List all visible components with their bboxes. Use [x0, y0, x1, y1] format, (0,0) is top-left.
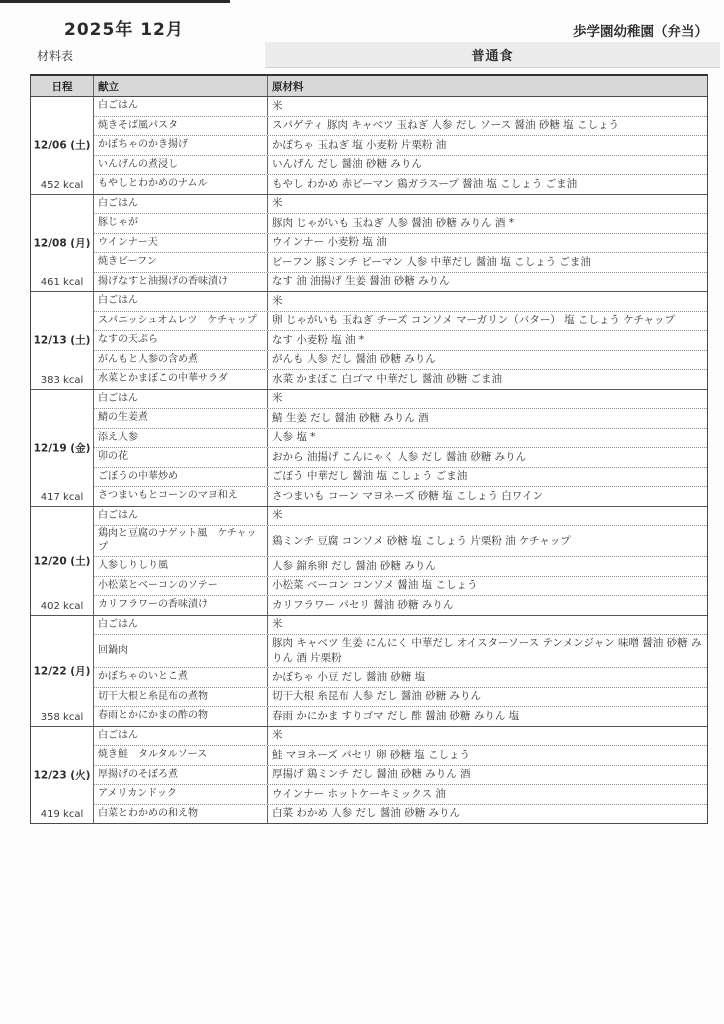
menu-row: かぼちゃのいとこ煮かぼちゃ 小豆 だし 醤油 砂糖 塩	[94, 668, 707, 688]
col-header-menu: 献立	[94, 76, 268, 96]
dish-cell: いんげんの煮浸し	[94, 156, 268, 175]
menu-row: かぼちゃのかき揚げかぼちゃ 玉ねぎ 塩 小麦粉 片栗粉 油	[94, 136, 707, 156]
date-label: 12/13 (土)	[31, 333, 93, 348]
date-block: 12/06 (土)452 kcal白ごはん米焼きそば風パスタスパゲティ 豚肉 キ…	[31, 97, 707, 195]
menu-row: いんげんの煮浸しいんげん だし 醤油 砂糖 みりん	[94, 156, 707, 176]
date-label: 12/08 (月)	[31, 235, 93, 250]
ingredients-cell: 米	[268, 195, 707, 214]
date-cell: 12/20 (土)402 kcal	[31, 507, 94, 615]
dish-cell: 卯の花	[94, 448, 268, 467]
date-cell: 12/13 (土)383 kcal	[31, 292, 94, 389]
ingredients-cell: 人参 錦糸卵 だし 醤油 砂糖 みりん	[268, 557, 707, 576]
menu-row: 春雨とかにかまの酢の物春雨 かにかま すりゴマ だし 酢 醤油 砂糖 みりん 塩	[94, 707, 707, 726]
document-page: { "page": { "year_month": "2025年 12月", "…	[0, 0, 724, 1024]
date-cell: 12/06 (土)452 kcal	[31, 97, 94, 194]
dish-cell: 焼き鮭 タルタルソース	[94, 746, 268, 765]
dish-cell: 厚揚げのそぼろ煮	[94, 766, 268, 785]
dish-cell: 白菜とわかめの和え物	[94, 805, 268, 824]
menu-row: 小松菜とベーコンのソテー小松菜 ベーコン コンソメ 醤油 塩 こしょう	[94, 577, 707, 597]
dish-cell: 水菜とかまぼこの中華サラダ	[94, 370, 268, 389]
date-block: 12/22 (月)358 kcal白ごはん米回鍋肉豚肉 キャベツ 生姜 にんにく…	[31, 616, 707, 727]
ingredients-cell: 白菜 わかめ 人参 だし 醤油 砂糖 みりん	[268, 805, 707, 824]
ingredients-cell: 豚肉 じゃがいも 玉ねぎ 人参 醤油 砂糖 みりん 酒 *	[268, 214, 707, 233]
meal-type-banner: 普通食	[265, 42, 720, 68]
menu-row: 水菜とかまぼこの中華サラダ水菜 かまぼこ 白ゴマ 中華だし 醤油 砂糖 ごま油	[94, 370, 707, 389]
menu-row: 回鍋肉豚肉 キャベツ 生姜 にんにく 中華だし オイスターソース テンメンジャン…	[94, 635, 707, 668]
menu-row: 厚揚げのそぼろ煮厚揚げ 鶏ミンチ だし 醤油 砂糖 みりん 酒	[94, 766, 707, 786]
date-label: 12/22 (月)	[31, 663, 93, 678]
dish-cell: 焼きビーフン	[94, 253, 268, 272]
menu-row: 白ごはん米	[94, 390, 707, 410]
menu-rows: 白ごはん米焼きそば風パスタスパゲティ 豚肉 キャベツ 玉ねぎ 人参 だし ソース…	[94, 97, 707, 194]
dish-cell: なすの天ぷら	[94, 331, 268, 350]
date-block: 12/23 (火)419 kcal白ごはん米焼き鮭 タルタルソース鮭 マヨネーズ…	[31, 727, 707, 824]
menu-row: カリフラワーの香味漬けカリフラワー パセリ 醤油 砂糖 みりん	[94, 596, 707, 615]
kcal-label: 383 kcal	[31, 375, 93, 386]
report-month: 2025年 12月	[64, 15, 184, 40]
date-block: 12/19 (金)417 kcal白ごはん米鯖の生姜煮鯖 生姜 だし 醤油 砂糖…	[31, 390, 707, 507]
dish-cell: 豚じゃが	[94, 214, 268, 233]
menu-row: 焼きそば風パスタスパゲティ 豚肉 キャベツ 玉ねぎ 人参 だし ソース 醤油 砂…	[94, 117, 707, 137]
menu-row: さつまいもとコーンのマヨ和えさつまいも コーン マヨネーズ 砂糖 塩 こしょう …	[94, 487, 707, 506]
menu-row: 切干大根と糸昆布の煮物切干大根 糸昆布 人参 だし 醤油 砂糖 みりん	[94, 688, 707, 708]
dish-cell: 白ごはん	[94, 97, 268, 116]
kcal-label: 419 kcal	[31, 809, 93, 820]
menu-row: がんもと人参の含め煮がんも 人参 だし 醤油 砂糖 みりん	[94, 351, 707, 371]
dish-cell: 小松菜とベーコンのソテー	[94, 577, 268, 596]
ingredients-cell: 水菜 かまぼこ 白ゴマ 中華だし 醤油 砂糖 ごま油	[268, 370, 707, 389]
dish-cell: かぼちゃのかき揚げ	[94, 136, 268, 155]
dish-cell: 白ごはん	[94, 390, 268, 409]
menu-row: ウインナー天ウインナー 小麦粉 塩 油	[94, 234, 707, 254]
menu-rows: 白ごはん米鶏肉と豆腐のナゲット風 ケチャップ鶏ミンチ 豆腐 コンソメ 砂糖 塩 …	[94, 507, 707, 615]
school-name: 歩学園幼稚園（弁当）	[573, 20, 708, 40]
ingredients-cell: かぼちゃ 玉ねぎ 塩 小麦粉 片栗粉 油	[268, 136, 707, 155]
menu-row: 人参しりしり風人参 錦糸卵 だし 醤油 砂糖 みりん	[94, 557, 707, 577]
dish-cell: かぼちゃのいとこ煮	[94, 668, 268, 687]
dish-cell: 白ごはん	[94, 616, 268, 635]
ingredients-cell: おから 油揚げ こんにゃく 人参 だし 醤油 砂糖 みりん	[268, 448, 707, 467]
ingredients-cell: かぼちゃ 小豆 だし 醤油 砂糖 塩	[268, 668, 707, 687]
kcal-label: 358 kcal	[31, 712, 93, 723]
menu-rows: 白ごはん米豚じゃが豚肉 じゃがいも 玉ねぎ 人参 醤油 砂糖 みりん 酒 *ウイ…	[94, 195, 707, 292]
menu-row: ごぼうの中華炒めごぼう 中華だし 醤油 塩 こしょう ごま油	[94, 468, 707, 488]
dish-cell: 鶏肉と豆腐のナゲット風 ケチャップ	[94, 526, 268, 556]
ingredients-cell: 米	[268, 616, 707, 635]
ingredients-cell: 厚揚げ 鶏ミンチ だし 醤油 砂糖 みりん 酒	[268, 766, 707, 785]
ingredients-cell: スパゲティ 豚肉 キャベツ 玉ねぎ 人参 だし ソース 醤油 砂糖 塩 こしょう	[268, 117, 707, 136]
menu-rows: 白ごはん米スパニッシュオムレツ ケチャップ卵 じゃがいも 玉ねぎ チーズ コンソ…	[94, 292, 707, 389]
menu-row: もやしとわかめのナムルもやし わかめ 赤ピーマン 鶏ガラスープ 醤油 塩 こしょ…	[94, 175, 707, 194]
ingredients-cell: さつまいも コーン マヨネーズ 砂糖 塩 こしょう 白ワイン	[268, 487, 707, 506]
ingredients-cell: なす 油 油揚げ 生姜 醤油 砂糖 みりん	[268, 273, 707, 292]
date-cell: 12/08 (月)461 kcal	[31, 195, 94, 292]
ingredients-cell: もやし わかめ 赤ピーマン 鶏ガラスープ 醤油 塩 こしょう ごま油	[268, 175, 707, 194]
menu-row: なすの天ぷらなす 小麦粉 塩 油 *	[94, 331, 707, 351]
ingredients-cell: カリフラワー パセリ 醤油 砂糖 みりん	[268, 596, 707, 615]
scan-artifact-top	[0, 0, 230, 3]
date-block: 12/13 (土)383 kcal白ごはん米スパニッシュオムレツ ケチャップ卵 …	[31, 292, 707, 390]
table-body: 12/06 (土)452 kcal白ごはん米焼きそば風パスタスパゲティ 豚肉 キ…	[31, 97, 707, 823]
date-label: 12/23 (火)	[31, 767, 93, 782]
ingredients-cell: ビーフン 豚ミンチ ピーマン 人参 中華だし 醤油 塩 こしょう ごま油	[268, 253, 707, 272]
menu-row: 焼きビーフンビーフン 豚ミンチ ピーマン 人参 中華だし 醤油 塩 こしょう ご…	[94, 253, 707, 273]
dish-cell: ウインナー天	[94, 234, 268, 253]
menu-row: 白ごはん米	[94, 727, 707, 747]
col-header-date: 日程	[31, 76, 94, 96]
ingredients-cell: 鯖 生姜 だし 醤油 砂糖 みりん 酒	[268, 409, 707, 428]
col-header-ingredients: 原材料	[268, 76, 707, 96]
dish-cell: 添え人参	[94, 429, 268, 448]
ingredients-cell: 卵 じゃがいも 玉ねぎ チーズ コンソメ マーガリン（バター） 塩 こしょう ケ…	[268, 312, 707, 331]
dish-cell: 切干大根と糸昆布の煮物	[94, 688, 268, 707]
kcal-label: 461 kcal	[31, 277, 93, 288]
date-label: 12/19 (金)	[31, 440, 93, 455]
dish-cell: 鯖の生姜煮	[94, 409, 268, 428]
date-cell: 12/23 (火)419 kcal	[31, 727, 94, 824]
ingredients-cell: 人参 塩 *	[268, 429, 707, 448]
menu-rows: 白ごはん米焼き鮭 タルタルソース鮭 マヨネーズ パセリ 卵 砂糖 塩 こしょう厚…	[94, 727, 707, 824]
menu-rows: 白ごはん米鯖の生姜煮鯖 生姜 だし 醤油 砂糖 みりん 酒添え人参人参 塩 *卯…	[94, 390, 707, 506]
dish-cell: 春雨とかにかまの酢の物	[94, 707, 268, 726]
ingredients-cell: ごぼう 中華だし 醤油 塩 こしょう ごま油	[268, 468, 707, 487]
menu-row: 白ごはん米	[94, 292, 707, 312]
kcal-label: 417 kcal	[31, 492, 93, 503]
dish-cell: 白ごはん	[94, 195, 268, 214]
table-header: 日程 献立 原材料	[31, 76, 707, 97]
dish-cell: アメリカンドック	[94, 785, 268, 804]
ingredients-cell: 切干大根 糸昆布 人参 だし 醤油 砂糖 みりん	[268, 688, 707, 707]
ingredients-cell: ウインナー ホットケーキミックス 油	[268, 785, 707, 804]
menu-row: 豚じゃが豚肉 じゃがいも 玉ねぎ 人参 醤油 砂糖 みりん 酒 *	[94, 214, 707, 234]
ingredients-cell: 小松菜 ベーコン コンソメ 醤油 塩 こしょう	[268, 577, 707, 596]
dish-cell: さつまいもとコーンのマヨ和え	[94, 487, 268, 506]
menu-rows: 白ごはん米回鍋肉豚肉 キャベツ 生姜 にんにく 中華だし オイスターソース テン…	[94, 616, 707, 726]
date-cell: 12/19 (金)417 kcal	[31, 390, 94, 506]
dish-cell: 揚げなすと油揚げの香味漬け	[94, 273, 268, 292]
dish-cell: 白ごはん	[94, 727, 268, 746]
ingredients-cell: 米	[268, 97, 707, 116]
menu-row: 白ごはん米	[94, 97, 707, 117]
dish-cell: カリフラワーの香味漬け	[94, 596, 268, 615]
ingredients-table: 日程 献立 原材料 12/06 (土)452 kcal白ごはん米焼きそば風パスタ…	[30, 74, 708, 824]
kcal-label: 402 kcal	[31, 601, 93, 612]
dish-cell: スパニッシュオムレツ ケチャップ	[94, 312, 268, 331]
menu-row: 白ごはん米	[94, 616, 707, 636]
menu-row: 白ごはん米	[94, 195, 707, 215]
menu-row: 鶏肉と豆腐のナゲット風 ケチャップ鶏ミンチ 豆腐 コンソメ 砂糖 塩 こしょう …	[94, 526, 707, 557]
dish-cell: 回鍋肉	[94, 635, 268, 667]
dish-cell: がんもと人参の含め煮	[94, 351, 268, 370]
ingredients-cell: がんも 人参 だし 醤油 砂糖 みりん	[268, 351, 707, 370]
meal-type-label: 普通食	[471, 45, 513, 64]
ingredients-cell: 鮭 マヨネーズ パセリ 卵 砂糖 塩 こしょう	[268, 746, 707, 765]
date-label: 12/20 (土)	[31, 553, 93, 568]
ingredients-cell: 米	[268, 390, 707, 409]
ingredients-cell: 豚肉 キャベツ 生姜 にんにく 中華だし オイスターソース テンメンジャン 味噌…	[268, 635, 707, 667]
date-label: 12/06 (土)	[31, 138, 93, 153]
dish-cell: 焼きそば風パスタ	[94, 117, 268, 136]
menu-row: 添え人参人参 塩 *	[94, 429, 707, 449]
menu-row: スパニッシュオムレツ ケチャップ卵 じゃがいも 玉ねぎ チーズ コンソメ マーガ…	[94, 312, 707, 332]
menu-row: アメリカンドックウインナー ホットケーキミックス 油	[94, 785, 707, 805]
ingredients-cell: 米	[268, 727, 707, 746]
menu-row: 焼き鮭 タルタルソース鮭 マヨネーズ パセリ 卵 砂糖 塩 こしょう	[94, 746, 707, 766]
menu-row: 鯖の生姜煮鯖 生姜 だし 醤油 砂糖 みりん 酒	[94, 409, 707, 429]
dish-cell: 白ごはん	[94, 507, 268, 526]
date-cell: 12/22 (月)358 kcal	[31, 616, 94, 726]
ingredients-cell: 春雨 かにかま すりゴマ だし 酢 醤油 砂糖 みりん 塩	[268, 707, 707, 726]
ingredients-cell: 米	[268, 292, 707, 311]
menu-row: 卯の花おから 油揚げ こんにゃく 人参 だし 醤油 砂糖 みりん	[94, 448, 707, 468]
dish-cell: ごぼうの中華炒め	[94, 468, 268, 487]
date-block: 12/08 (月)461 kcal白ごはん米豚じゃが豚肉 じゃがいも 玉ねぎ 人…	[31, 195, 707, 293]
menu-row: 白菜とわかめの和え物白菜 わかめ 人参 だし 醤油 砂糖 みりん	[94, 805, 707, 824]
ingredients-cell: 米	[268, 507, 707, 526]
date-block: 12/20 (土)402 kcal白ごはん米鶏肉と豆腐のナゲット風 ケチャップ鶏…	[31, 507, 707, 616]
dish-cell: 白ごはん	[94, 292, 268, 311]
ingredients-cell: いんげん だし 醤油 砂糖 みりん	[268, 156, 707, 175]
kcal-label: 452 kcal	[31, 180, 93, 191]
doc-type-label: 材料表	[37, 47, 73, 64]
menu-row: 揚げなすと油揚げの香味漬けなす 油 油揚げ 生姜 醤油 砂糖 みりん	[94, 273, 707, 292]
menu-row: 白ごはん米	[94, 507, 707, 527]
ingredients-cell: なす 小麦粉 塩 油 *	[268, 331, 707, 350]
ingredients-cell: 鶏ミンチ 豆腐 コンソメ 砂糖 塩 こしょう 片栗粉 油 ケチャップ	[268, 526, 707, 556]
dish-cell: 人参しりしり風	[94, 557, 268, 576]
ingredients-cell: ウインナー 小麦粉 塩 油	[268, 234, 707, 253]
dish-cell: もやしとわかめのナムル	[94, 175, 268, 194]
